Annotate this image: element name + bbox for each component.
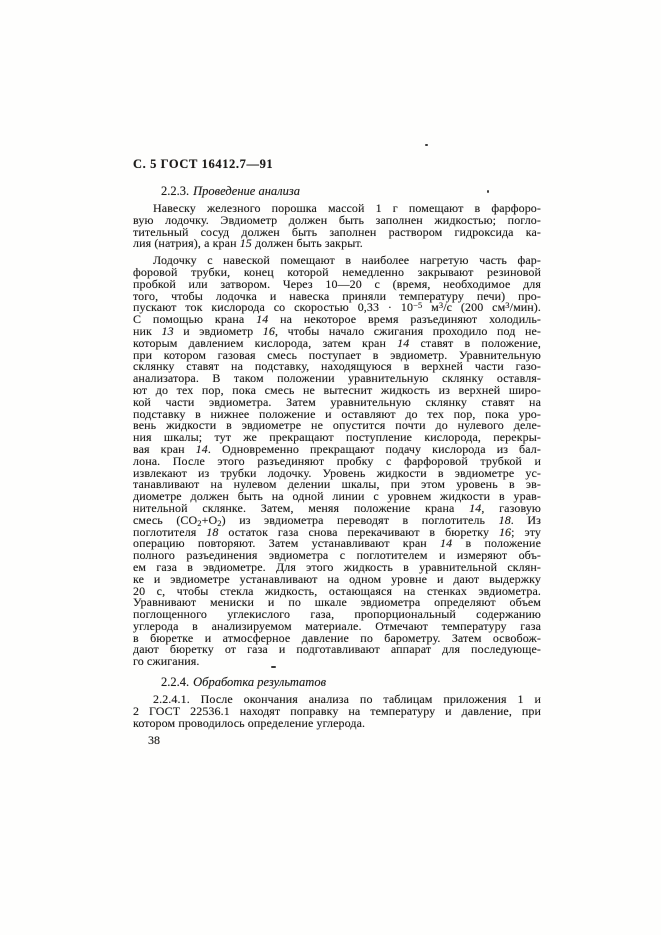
page-number: 38 <box>148 733 160 748</box>
section-2-2-3: 2.2.3.Проведение анализаНавеску железног… <box>133 185 541 668</box>
paragraph: Навеску железного порошка массой 1 г пом… <box>133 203 541 250</box>
text-line: лия (натрия), а кран 15 должен быть закр… <box>133 238 541 250</box>
scan-speck <box>271 666 276 668</box>
section-heading: 2.2.4.Обработка результатов <box>161 676 541 688</box>
section-number: 2.2.4. <box>161 675 189 689</box>
document-body: 2.2.3.Проведение анализаНавеску железног… <box>133 185 541 734</box>
section-number: 2.2.3. <box>161 184 189 198</box>
scan-speck <box>487 190 489 193</box>
section-heading: 2.2.3.Проведение анализа <box>161 185 541 197</box>
running-header: С. 5 ГОСТ 16412.7—91 <box>133 157 273 172</box>
paragraph: Лодочку с навеской помещают в наиболее н… <box>133 255 541 668</box>
section-2-2-4: 2.2.4.Обработка результатов2.2.4.1. Посл… <box>133 676 541 729</box>
scanned-document-page: С. 5 ГОСТ 16412.7—91 2.2.3.Проведение ан… <box>0 0 661 935</box>
section-title: Обработка результатов <box>193 675 326 689</box>
scan-speck <box>425 144 428 146</box>
section-title: Проведение анализа <box>193 184 300 198</box>
text-line: го сжигания. <box>133 656 541 668</box>
text-line: котором проводилось определение углерода… <box>133 718 541 730</box>
paragraph: 2.2.4.1. После окончания анализа по табл… <box>133 694 541 729</box>
